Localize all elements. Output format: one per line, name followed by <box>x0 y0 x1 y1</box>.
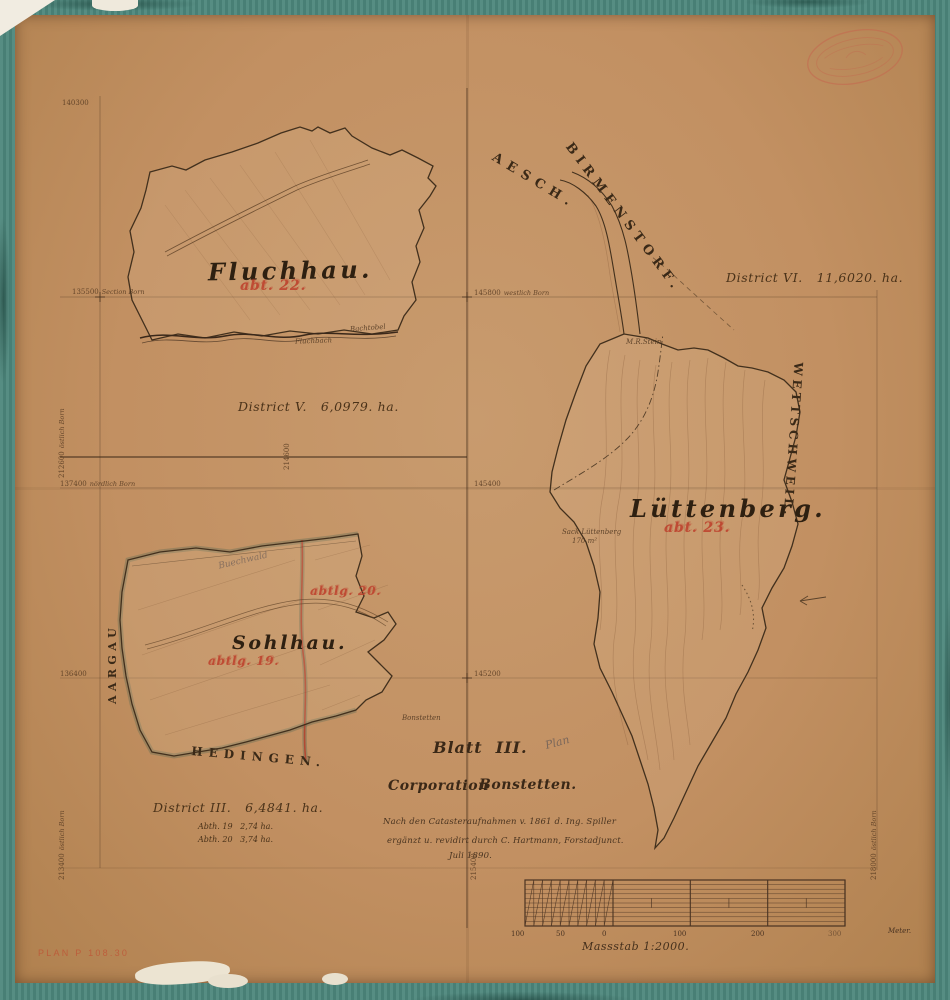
luettenberg-title: Lüttenberg. <box>630 494 826 523</box>
scale-tick-label: 50 <box>556 930 565 938</box>
paper-tear <box>322 973 348 985</box>
grid-coordinate-label: 137400nördlich Born <box>60 480 135 488</box>
cartouche-owner1: Corporation <box>388 778 489 794</box>
grid-coordinate-label: 145200 <box>474 670 504 678</box>
fluchhau-abt-label: abt. 22. <box>240 278 306 294</box>
cartouche-note1: Nach den Catasteraufnahmen v. 1861 d. In… <box>383 817 616 827</box>
grid-coordinate-label: 145400 <box>474 480 504 488</box>
sohlhau-abt19-label: abtlg. 19. <box>208 654 279 668</box>
luettenberg-district-line: District VI. 11,6020. ha. <box>726 270 903 285</box>
archive-stamp: PLAN P 108.30 <box>38 948 129 958</box>
luettenberg-note2: 170 m² <box>572 537 597 545</box>
sohlhau-title: Sohlhau. <box>232 632 347 654</box>
scale-tick-label: 200 <box>751 930 764 938</box>
grid-coordinate-label: 215400 <box>470 850 478 880</box>
grid-coordinate-label: 218000östlich Born <box>870 810 878 880</box>
cartouche-note2: ergänzt u. revidirt durch C. Hartmann, F… <box>387 836 624 846</box>
grid-coordinate-label: 212600östlich Born <box>58 408 66 478</box>
sohlhau-note: Bonstetten <box>402 714 441 722</box>
map-sheet: Fluchhau. abt. 22. District V. 6,0979. h… <box>0 0 950 1000</box>
sohlhau-abt20-label: abtlg. 20. <box>310 584 381 598</box>
scale-tick-label: 0 <box>602 930 606 938</box>
sohlhau-sub19: Abth. 19 2,74 ha. <box>198 822 273 831</box>
luettenberg-abt-label: abt. 23. <box>664 520 730 536</box>
luettenberg-note3: M.R.Stein <box>626 338 661 346</box>
scale-unit-label: Meter. <box>888 927 911 935</box>
grid-coordinate-label: 213400östlich Born <box>58 810 66 880</box>
paper-tear <box>92 0 138 11</box>
paper-tear <box>208 974 248 988</box>
scale-caption: Massstab 1:2000. <box>582 940 689 953</box>
stream-label: Fluchbach <box>295 336 332 345</box>
cartouche-owner2: Bonstetten. <box>479 777 577 793</box>
luettenberg-note1: Sack Lüttenberg <box>562 528 621 536</box>
scale-tick-label: 300 <box>828 930 841 938</box>
scale-tick-label: 100 <box>673 930 686 938</box>
sohlhau-sub20: Abth. 20 3,74 ha. <box>198 835 273 844</box>
grid-coordinate-label: 136400 <box>60 670 90 678</box>
sheet-label: Blatt III. <box>433 738 528 757</box>
sohlhau-district-line: District III. 6,4841. ha. <box>153 800 323 815</box>
scale-tick-label: 100 <box>511 930 524 938</box>
fluchhau-district-line: District V. 6,0979. ha. <box>238 399 399 414</box>
grid-coordinate-label: 140300 <box>62 99 92 107</box>
grid-coordinate-label: 214600 <box>283 440 291 470</box>
grid-coordinate-label: 135500Section Born <box>72 288 145 296</box>
grid-coordinate-label: 145800westlich Born <box>474 289 549 297</box>
neighbor-aargau: AARGAU <box>106 574 119 704</box>
